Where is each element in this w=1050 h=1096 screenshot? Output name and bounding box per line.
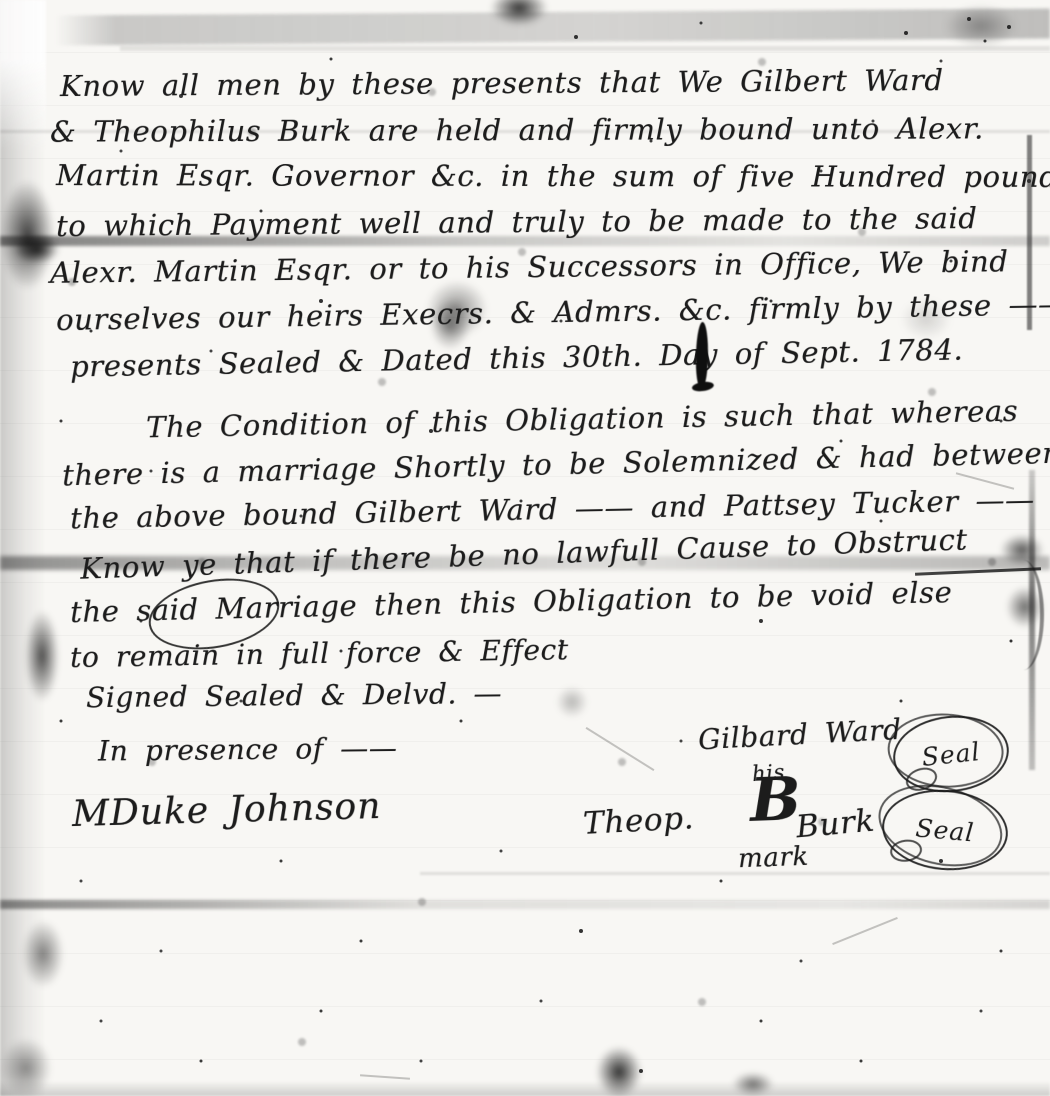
mark-label-mark: mark [737,842,809,874]
witness-signature: MDuke Johnson [72,786,382,835]
paper-right-edge-curl [1010,560,1044,670]
manuscript-line: The Condition of this Obligation is such… [146,394,1019,445]
ink-blot-stroke [695,322,709,388]
manuscript-line: to remain in full force & Effect [70,633,569,674]
ink-stain [490,0,548,26]
manuscript-line: there is a marriage Shortly to be Solemn… [62,436,1050,493]
manuscript-line: Martin Esqr. Governor &c. in the sum of … [56,158,1050,194]
fold-crease-faint [420,872,1050,875]
scratch-mark [832,917,898,945]
ink-stain [732,1072,774,1096]
scratch-mark [586,727,655,771]
seal-label: Seal [914,813,975,847]
manuscript-line: & Theophilus Burk are held and firmly bo… [50,111,984,148]
speckle-cluster [944,4,1018,48]
manuscript-line: ourselves our heirs Execrs. & Admrs. &c.… [56,287,1050,337]
manuscript-line: Signed Sealed & Delvd. — [86,677,502,714]
paper-top-edge-shadow [55,9,1050,46]
ink-specks [556,686,588,718]
manuscript-line: presents Sealed & Dated this 30th. Day o… [70,332,964,383]
ink-stain [596,1046,642,1096]
ink-stain [1000,534,1044,566]
paper-top-edge-line [120,46,1050,51]
ink-stain [1006,586,1044,628]
manuscript-line: Know all men by these presents that We G… [60,63,944,103]
paper-bottom-edge-shadow [0,1081,1050,1096]
witness-heading: In presence of —— [98,731,398,767]
dust-speckles [0,0,4,4]
first-signature: Gilbard Ward [697,713,902,757]
paper-left-edge-shadow [0,0,46,1096]
seal-flourish: Seal [879,785,1011,876]
signature-mark-letter: B [749,769,802,831]
manuscript-scan: Know all men by these presents that We G… [0,0,1050,1096]
ink-stain [25,610,59,702]
second-signature-surname: Burk [795,803,877,846]
manuscript-line: Alexr. Martin Esqr. or to his Successors… [50,244,1009,290]
ink-stain [0,180,55,290]
scratch-mark [360,1074,410,1079]
seal-label: Seal [920,737,982,772]
dust-speckles [0,0,2,2]
ink-stain [22,920,64,988]
second-signatory-prefix: Theop. [582,800,695,842]
ink-stain [0,1038,52,1096]
manuscript-line: to which Payment well and truly to be ma… [56,201,978,243]
underline-stroke [915,567,1041,575]
seal-flourish: Seal [889,710,1012,798]
fold-crease [0,900,1050,909]
